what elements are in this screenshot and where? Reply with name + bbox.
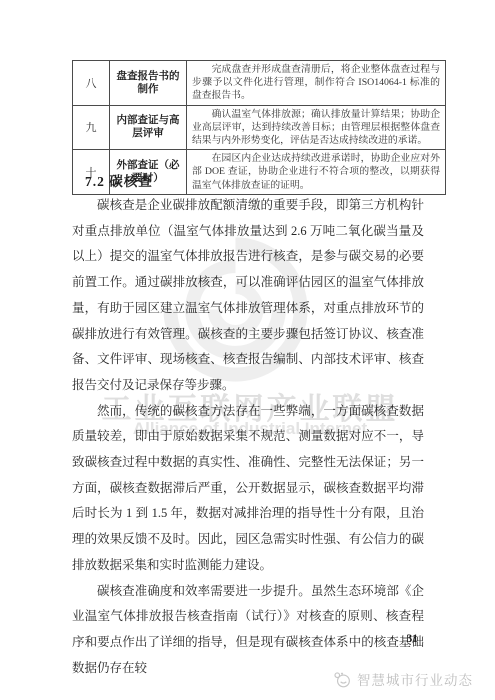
row-content-cell: 完成盘查并形成盘查清册后，将企业整体盘查过程与步骤予以文件化进行管理，制作符合 … (187, 61, 446, 106)
body-paragraph: 碳核查是企业碳排放配额清缴的重要手段，即第三方机构针对重点排放单位（温室气体排放… (72, 193, 424, 399)
row-content-cell: 在园区内企业达成持续改进承诺时，协助企业应对外部 DOE 查证，协助企业进行不符… (187, 150, 446, 195)
row-index-cell: 九 (73, 105, 110, 150)
page-content: 八 盘查报告书的制作 完成盘查并形成盘查清册后，将企业整体盘查过程与步骤予以文件… (0, 0, 495, 700)
section-heading: 7.2 碳核查 (85, 170, 153, 190)
body-paragraph: 然而，传统的碳核查方法存在一些弊端，一方面碳核查数据质量较差，即由于原始数据采集… (72, 399, 424, 579)
body-paragraph: 碳核查准确度和效率需要进一步提升。虽然生态环境部《企业温室气体排放报告核查指南（… (72, 579, 424, 682)
document-page: 工业互联网产业联盟 Alliance of Industrial Interne… (0, 0, 495, 700)
row-title-cell: 内部查证与高层评审 (110, 105, 187, 150)
smiley-face-icon (333, 670, 352, 689)
row-index-cell: 八 (73, 61, 110, 106)
page-number: 31 (72, 633, 418, 645)
table-row: 九 内部查证与高层评审 确认温室气体排放源；确认排放量计算结果；协助企业高层评审… (73, 105, 446, 150)
footer-brand-text: 智慧城市行业动态 (357, 669, 473, 689)
table-row: 八 盘查报告书的制作 完成盘查并形成盘查清册后，将企业整体盘查过程与步骤予以文件… (73, 61, 446, 106)
body-text-block: 碳核查是企业碳排放配额清缴的重要手段，即第三方机构针对重点排放单位（温室气体排放… (72, 193, 424, 681)
row-content-cell: 确认温室气体排放源；确认排放量计算结果；协助企业高层评审，达到持续改善目标；由管… (187, 105, 446, 150)
row-title-cell: 盘查报告书的制作 (110, 61, 187, 106)
footer-brand: 智慧城市行业动态 (333, 669, 473, 689)
